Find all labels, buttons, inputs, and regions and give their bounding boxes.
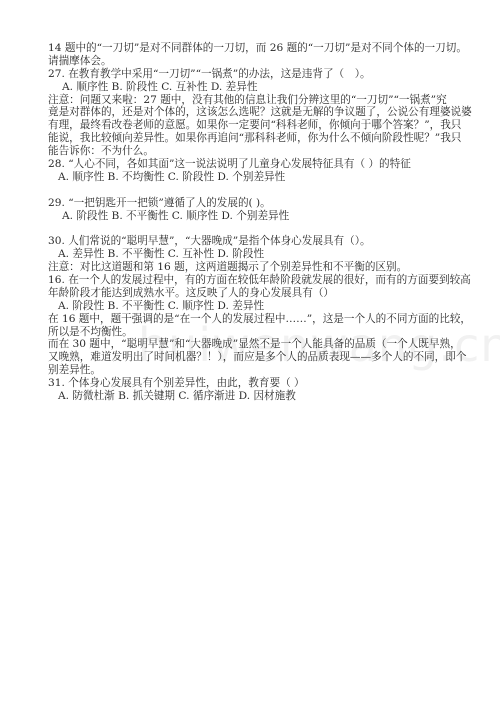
question-16-cont: 年龄阶段才能达到成熟水平。这反映了人的身心发展具有（） (48, 287, 456, 300)
note-line: 而在 30 题中，“聪明早慧”和“大器晚成”显然不是一个人能具备的品质（一个人既… (48, 338, 456, 351)
note-line: 有理，最终看改卷老师的意愿。如果你一定要问“科科老师，你倾向于哪个答案？”，我只 (48, 119, 456, 132)
note-line: 所以是不均衡性。 (48, 326, 456, 339)
blank-line (48, 222, 456, 235)
note-line: 能告诉你：不为什么。 (48, 145, 456, 158)
question-29-options: A. 阶段性 B. 不平衡性 C. 顺序性 D. 个别差异性 (48, 210, 456, 223)
note-line: 注意：对比这道题和第 16 题，这两道题揭示了个别差异性和不平衡的区别。 (48, 261, 456, 274)
note-line: 又晚熟，难道发明出了时间机器？！），而应是多个人的品质表现——多个人的不同，即个 (48, 351, 456, 364)
question-31: 31. 个体身心发展具有个别差异性，由此，教育要（ ） (48, 377, 456, 390)
question-29: 29. “一把钥匙开一把锁”遵循了人的发展的( )。 (48, 197, 456, 210)
question-30: 30. 人们常说的“聪明早慧”，“大器晚成”是指个体身心发展具有（）。 (48, 235, 456, 248)
note-line: 别差异性。 (48, 364, 456, 377)
note-line: 在 16 题中，题干强调的是“在一个人的发展过程中……”，这是一个人的不同方面的… (48, 313, 456, 326)
question-30-options: A. 差异性 B. 不平衡性 C. 互补性 D. 阶段性 (48, 248, 456, 261)
document-page: 14 题中的“一刀切”是对不同群体的一刀切，而 26 题的“一刀切”是对不同个体… (48, 42, 456, 403)
question-28: 28. “人心不同，各如其面”这一说法说明了儿童身心发展特征具有（ ）的特征 (48, 158, 456, 171)
question-27-options: A. 顺序性 B. 阶段性 C. 互补性 D. 差异性 (48, 81, 456, 94)
note-line: 14 题中的“一刀切”是对不同群体的一刀切，而 26 题的“一刀切”是对不同个体… (48, 42, 456, 55)
question-28-options: A. 顺序性 B. 不均衡性 C. 阶段性 D. 个别差异性 (48, 171, 456, 184)
question-16: 16. 在一个人的发展过程中，有的方面在较低年龄阶段就发展的很好，而有的方面要到… (48, 274, 456, 287)
note-line: 竟是对群体的，还是对个体的，这该怎么选呢？这就是无解的争议题了，公说公有理婆说婆 (48, 106, 456, 119)
question-27: 27. 在教育教学中采用“一刀切”“一锅煮”的办法，这是违背了（ ）。 (48, 68, 456, 81)
blank-line (48, 184, 456, 197)
question-31-options: A. 防微杜渐 B. 抓关键期 C. 循序渐进 D. 因材施教 (48, 390, 456, 403)
note-line: 注意：问题又来啦：27 题中，没有其他的信息让我们分辨这里的“一刀切”“一锅煮”… (48, 94, 456, 107)
question-16-options: A. 阶段性 B. 不平衡性 C. 顺序性 D. 差异性 (48, 300, 456, 313)
note-line: 能说，我比较倾向差异性。如果你再追问“那科科老师，你为什么不倾向阶段性呢？”我只 (48, 132, 456, 145)
note-line: 请揣摩体会。 (48, 55, 456, 68)
